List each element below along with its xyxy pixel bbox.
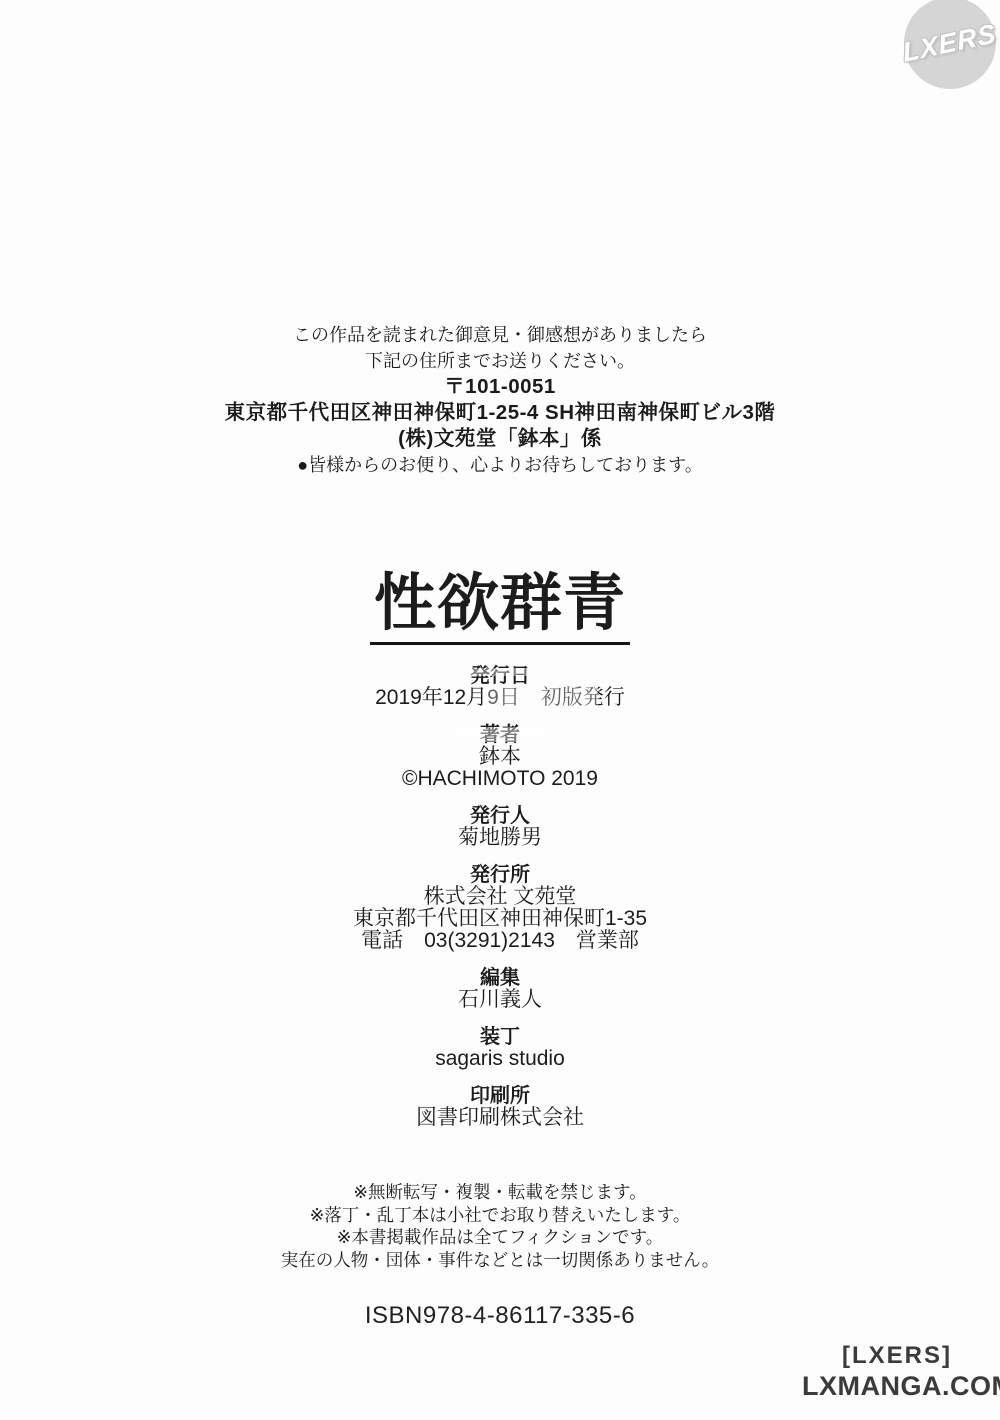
- publisher-person-name: 菊地勝男: [0, 827, 1000, 849]
- lxmanga-watermark: [LXERS] LXMANGA.COM: [802, 1341, 992, 1402]
- author-name: 鉢本: [0, 746, 1000, 768]
- editor-label: 編集: [0, 967, 1000, 989]
- isbn-number: ISBN978-4-86117-335-6: [0, 1302, 1000, 1330]
- editor-name: 石川義人: [0, 989, 1000, 1011]
- publisher-office-address: 東京都千代田区神田神保町1-35: [0, 908, 1000, 930]
- legal-notices: ※無断転写・複製・転載を禁じます。 ※落丁・乱丁本は小社でお取り替えいたします。…: [0, 1181, 1000, 1271]
- lxmanga-site-text: LXMANGA.COM: [802, 1371, 992, 1402]
- publisher-office-label: 発行所: [0, 864, 1000, 886]
- lxers-badge-label: LXERS: [901, 18, 998, 69]
- publisher-person-group: 発行人 菊地勝男: [0, 805, 1000, 849]
- publisher-person-label: 発行人: [0, 805, 1000, 827]
- book-title-wrap: 性欲群青: [0, 572, 1000, 645]
- publisher-mailing-address: 東京都千代田区神田神保町1-25-4 SH神田南神保町ビル3階: [0, 400, 1000, 426]
- notice-defective-copies: ※落丁・乱丁本は小社でお取り替えいたします。: [0, 1204, 1000, 1227]
- editor-group: 編集 石川義人: [0, 967, 1000, 1011]
- author-label: 著者: [0, 724, 1000, 746]
- notice-fiction-2: 実在の人物・団体・事件などとは一切関係ありません。: [0, 1249, 1000, 1272]
- copyright-line: ©HACHIMOTO 2019: [0, 768, 1000, 790]
- publish-date-group: 発行日 2019年12月9日 初版発行: [0, 665, 1000, 709]
- publisher-company: 株式会社 文苑堂: [0, 886, 1000, 908]
- design-group: 装丁 sagaris studio: [0, 1026, 1000, 1070]
- printer-group: 印刷所 図書印刷株式会社: [0, 1085, 1000, 1129]
- publisher-office-group: 発行所 株式会社 文苑堂 東京都千代田区神田神保町1-35 電話 03(3291…: [0, 864, 1000, 952]
- printer-name: 図書印刷株式会社: [0, 1107, 1000, 1129]
- lxers-watermark-text: [LXERS]: [802, 1341, 992, 1371]
- book-title: 性欲群青: [370, 572, 630, 645]
- feedback-line-1: この作品を読まれた御意見・御感想がありましたら: [0, 322, 1000, 348]
- lxers-badge-watermark: LXERS: [904, 0, 996, 89]
- mail-recipient: (株)文苑堂「鉢本」係: [0, 426, 1000, 452]
- publish-date-value: 2019年12月9日 初版発行: [0, 687, 1000, 709]
- notice-fiction: ※本書掲載作品は全てフィクションです。: [0, 1226, 1000, 1249]
- publish-date-label: 発行日: [0, 665, 1000, 687]
- design-studio: sagaris studio: [0, 1048, 1000, 1070]
- reader-feedback-block: この作品を読まれた御意見・御感想がありましたら 下記の住所までお送りください。 …: [0, 322, 1000, 478]
- publisher-phone: 電話 03(3291)2143 営業部: [0, 930, 1000, 952]
- colophon-list: 発行日 2019年12月9日 初版発行 著者 鉢本 ©HACHIMOTO 201…: [0, 665, 1000, 1144]
- printer-label: 印刷所: [0, 1085, 1000, 1107]
- design-label: 装丁: [0, 1026, 1000, 1048]
- author-group: 著者 鉢本 ©HACHIMOTO 2019: [0, 724, 1000, 790]
- feedback-line-2: 下記の住所までお送りください。: [0, 348, 1000, 374]
- notice-no-reproduction: ※無断転写・複製・転載を禁じます。: [0, 1181, 1000, 1204]
- feedback-note: ●皆様からのお便り、心よりお待ちしております。: [0, 452, 1000, 478]
- colophon-page: LXERS この作品を読まれた御意見・御感想がありましたら 下記の住所までお送り…: [0, 0, 1000, 1420]
- postal-code: 〒101-0051: [0, 374, 1000, 400]
